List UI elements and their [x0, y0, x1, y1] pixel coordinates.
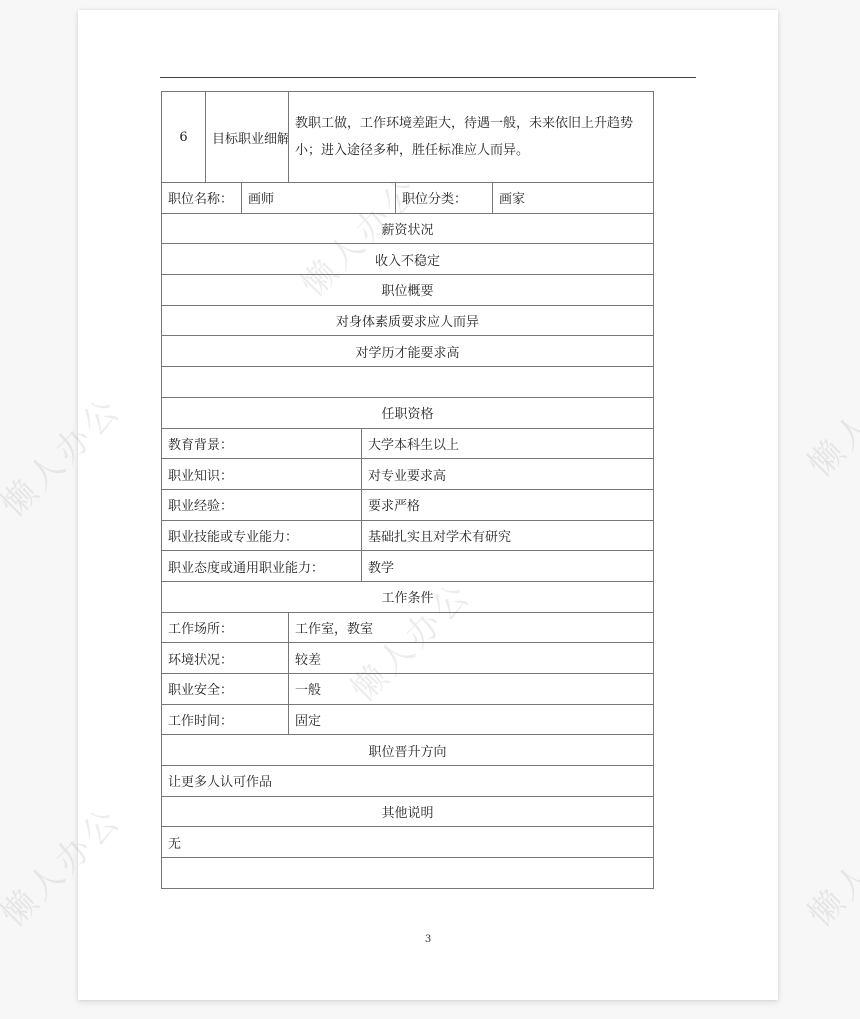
conditions-heading: 工作条件	[162, 581, 654, 612]
condition-row: 工作场所： 工作室，教室	[162, 612, 654, 643]
other-value: 无	[162, 827, 654, 858]
qualification-row: 职业技能或专业能力： 基础扎实且对学术有研究	[162, 520, 654, 551]
qualification-value: 大学本科生以上	[362, 428, 654, 459]
condition-row: 职业安全： 一般	[162, 674, 654, 705]
promotion-value: 让更多人认可作品	[162, 766, 654, 797]
promotion-heading: 职位晋升方向	[162, 735, 654, 766]
qualification-row: 教育背景： 大学本科生以上	[162, 428, 654, 459]
condition-row: 环境状况： 较差	[162, 643, 654, 674]
overview-line: 对学历才能要求高	[162, 336, 654, 367]
qualifications-heading: 任职资格	[162, 397, 654, 428]
header-rule	[160, 77, 696, 78]
condition-label: 职业安全：	[162, 674, 289, 705]
watermark: 懒人办公	[0, 383, 130, 525]
qualification-label: 教育背景：	[162, 428, 362, 459]
qualification-row: 职业经验： 要求严格	[162, 489, 654, 520]
other-heading: 其他说明	[162, 796, 654, 827]
other-extra-empty	[162, 858, 654, 889]
position-name-value: 画师	[242, 183, 396, 214]
condition-value: 较差	[289, 643, 654, 674]
position-category-label: 职位分类：	[396, 183, 493, 214]
position-row: 职位名称： 画师 职位分类： 画家	[162, 183, 654, 214]
condition-row: 工作时间： 固定	[162, 704, 654, 735]
watermark: 懒人办公	[0, 793, 130, 935]
condition-value: 固定	[289, 704, 654, 735]
qualification-value: 基础扎实且对学术有研究	[362, 520, 654, 551]
page-number: 3	[78, 934, 778, 945]
row-number: 6	[162, 92, 206, 183]
position-name-label: 职位名称：	[162, 183, 242, 214]
qualification-value: 对专业要求高	[362, 459, 654, 490]
qualification-row: 职业态度或通用职业能力： 教学	[162, 551, 654, 582]
career-detail-table: 6 目标职业细解 教职工做，工作环境差距大，待遇一般，未来依旧上升趋势小；进入途…	[161, 91, 654, 889]
row-label: 目标职业细解	[206, 92, 289, 183]
qualification-value: 要求严格	[362, 489, 654, 520]
qualification-label: 职业经验：	[162, 489, 362, 520]
document-page: 懒人办公 懒人办公 懒人办公 懒人办公 懒人办公 懒人办公 6 目标职业细解 教…	[78, 10, 778, 1000]
condition-value: 一般	[289, 674, 654, 705]
overview-heading: 职位概要	[162, 275, 654, 306]
qualification-label: 职业态度或通用职业能力：	[162, 551, 362, 582]
qualification-label: 职业技能或专业能力：	[162, 520, 362, 551]
salary-value: 收入不稳定	[162, 244, 654, 275]
condition-value: 工作室，教室	[289, 612, 654, 643]
salary-heading: 薪资状况	[162, 213, 654, 244]
overview-line: 对身体素质要求应人而异	[162, 305, 654, 336]
condition-label: 环境状况：	[162, 643, 289, 674]
condition-label: 工作场所：	[162, 612, 289, 643]
overview-line-empty	[162, 367, 654, 398]
watermark: 懒人办公	[795, 343, 860, 485]
qualification-row: 职业知识： 对专业要求高	[162, 459, 654, 490]
position-category-value: 画家	[493, 183, 654, 214]
watermark: 懒人办公	[795, 793, 860, 935]
qualification-value: 教学	[362, 551, 654, 582]
qualification-label: 职业知识：	[162, 459, 362, 490]
target-career-row: 6 目标职业细解 教职工做，工作环境差距大，待遇一般，未来依旧上升趋势小；进入途…	[162, 92, 654, 183]
condition-label: 工作时间：	[162, 704, 289, 735]
row-content: 教职工做，工作环境差距大，待遇一般，未来依旧上升趋势小；进入途径多种，胜任标准应…	[289, 92, 654, 183]
